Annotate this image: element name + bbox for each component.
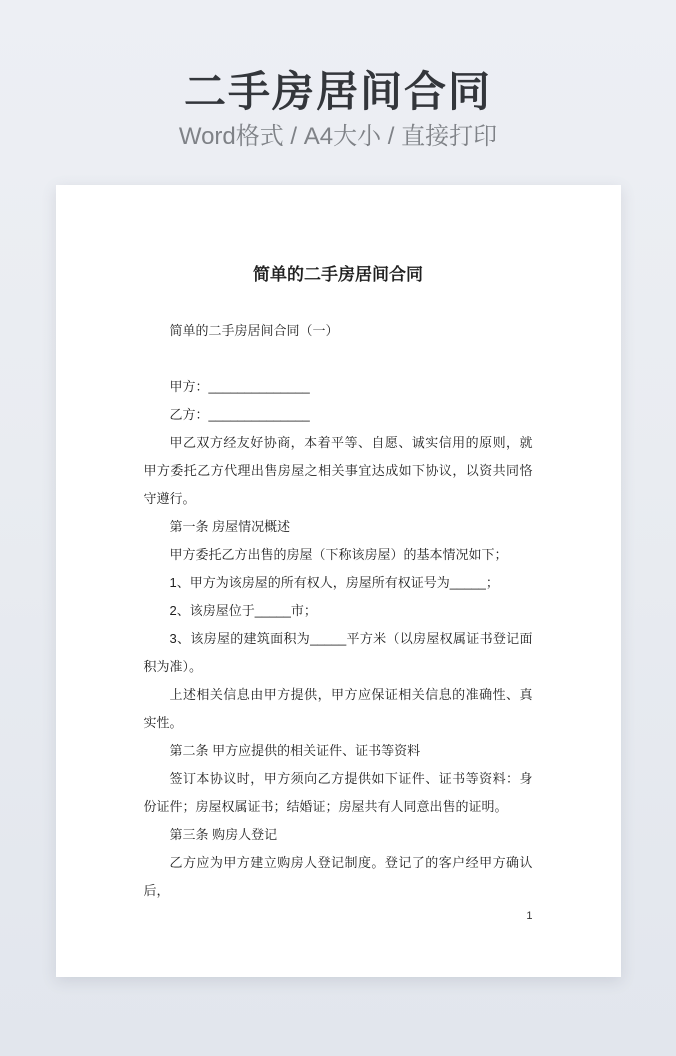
doc-paragraph-clause-heading: 第二条 甲方应提供的相关证件、证书等资料	[144, 737, 533, 765]
doc-paragraph-clause-heading: 第一条 房屋情况概述	[144, 513, 533, 541]
document-page-preview[interactable]: 简单的二手房居间合同 简单的二手房居间合同（一）甲方：_____________…	[56, 185, 621, 977]
poster-header: 二手房居间合同 Word格式 / A4大小 / 直接打印	[0, 0, 676, 152]
doc-paragraph-blank-line: 乙方：______________	[144, 401, 533, 429]
doc-paragraph-body: 甲乙双方经友好协商，本着平等、自愿、诚实信用的原则，就甲方委托乙方代理出售房屋之…	[144, 429, 533, 513]
doc-paragraph-subtitle: 简单的二手房居间合同（一）	[144, 317, 533, 345]
doc-paragraph-body: 甲方委托乙方出售的房屋（下称该房屋）的基本情况如下；	[144, 541, 533, 569]
doc-paragraph-body: 3、该房屋的建筑面积为_____平方米（以房屋权属证书登记面积为准）。	[144, 625, 533, 681]
doc-paragraph-body: 1、甲方为该房屋的所有权人，房屋所有权证号为_____；	[144, 569, 533, 597]
doc-paragraph-clause-heading: 第三条 购房人登记	[144, 821, 533, 849]
doc-paragraph-body: 签订本协议时，甲方须向乙方提供如下证件、证书等资料：身份证件；房屋权属证书；结婚…	[144, 765, 533, 821]
doc-paragraph-body: 乙方应为甲方建立购房人登记制度。登记了的客户经甲方确认后，	[144, 849, 533, 905]
document-body: 简单的二手房居间合同（一）甲方：______________乙方：_______…	[144, 317, 533, 905]
doc-paragraph-body: 上述相关信息由甲方提供，甲方应保证相关信息的准确性、真实性。	[144, 681, 533, 737]
page-number: 1	[526, 910, 532, 923]
template-poster: 二手房居间合同 Word格式 / A4大小 / 直接打印 简单的二手房居间合同 …	[0, 0, 676, 977]
poster-subtitle: Word格式 / A4大小 / 直接打印	[0, 122, 676, 152]
poster-title: 二手房居间合同	[0, 68, 676, 116]
document-title: 简单的二手房居间合同	[144, 261, 533, 289]
doc-paragraph-body: 2、该房屋位于_____市；	[144, 597, 533, 625]
doc-paragraph-blank-line: 甲方：______________	[144, 373, 533, 401]
